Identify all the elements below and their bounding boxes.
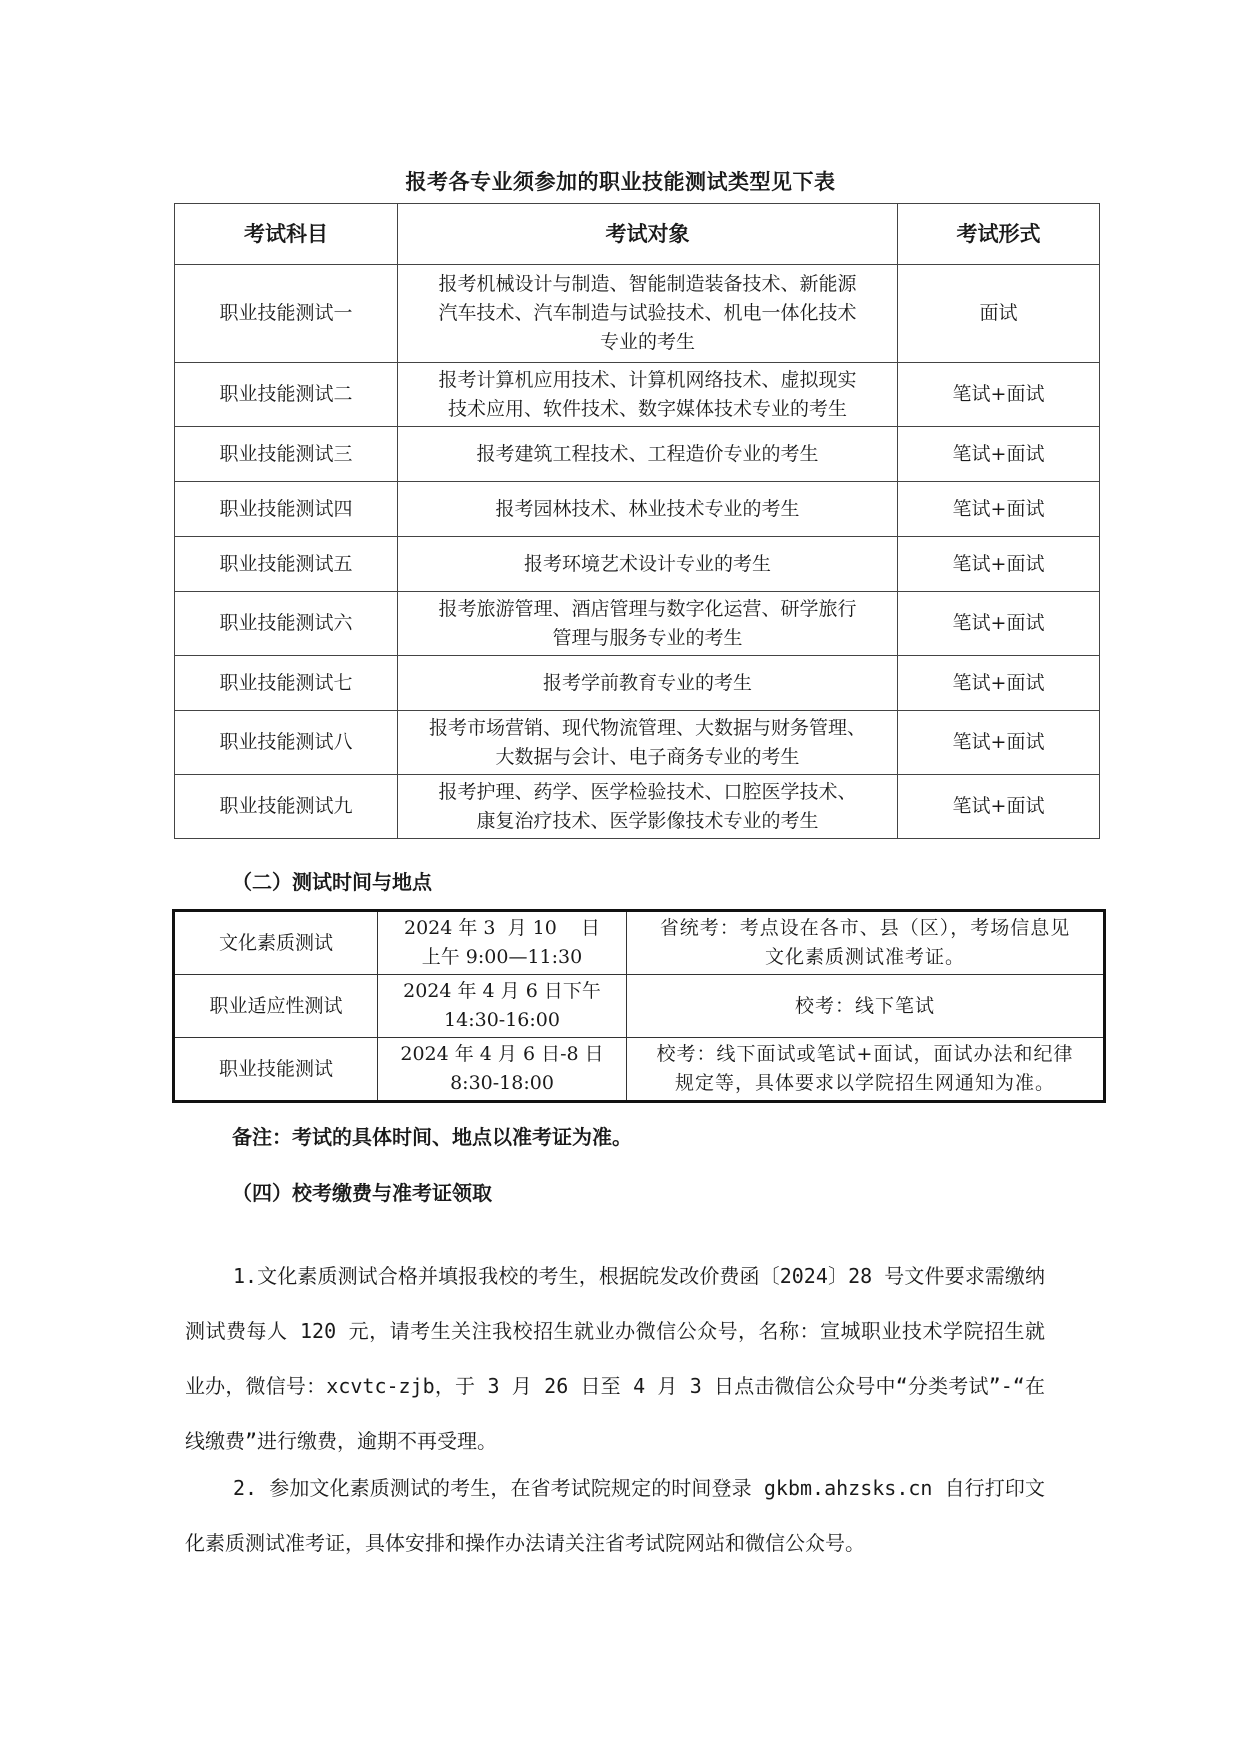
- target-cell: 报考护理、药学、医学检验技术、口腔医学技术、 康复治疗技术、医学影像技术专业的考…: [398, 775, 898, 839]
- table-row: 文化素质测试 2024 年 3 月 10 日 上午 9:00—11:30 省统考…: [174, 911, 1105, 975]
- form-cell: 笔试+面试: [898, 363, 1100, 427]
- form-cell: 面试: [898, 265, 1100, 363]
- section-heading-time-place: （二）测试时间与地点: [232, 868, 432, 896]
- test-name-cell: 职业适应性测试: [174, 975, 378, 1038]
- time-cell: 2024 年 4 月 6 日-8 日 8:30-18:00: [378, 1038, 627, 1102]
- subject-cell: 职业技能测试八: [175, 711, 398, 775]
- subject-cell: 职业技能测试二: [175, 363, 398, 427]
- target-line: 报考环境艺术设计专业的考生: [404, 550, 891, 579]
- time-line: 8:30-18:00: [386, 1069, 618, 1098]
- target-cell: 报考环境艺术设计专业的考生: [398, 537, 898, 592]
- subject-cell: 职业技能测试七: [175, 656, 398, 711]
- column-header-subject: 考试科目: [175, 204, 398, 265]
- time-line: 2024 年 4 月 6 日-8 日: [386, 1040, 618, 1069]
- target-line: 专业的考生: [404, 328, 891, 357]
- time-line: 14:30-16:00: [386, 1006, 618, 1035]
- target-line: 报考计算机应用技术、计算机网络技术、虚拟现实: [404, 366, 891, 395]
- table-row: 职业技能测试一 报考机械设计与制造、智能制造装备技术、新能源 汽车技术、汽车制造…: [175, 265, 1100, 363]
- test-name-cell: 文化素质测试: [174, 911, 378, 975]
- subject-cell: 职业技能测试一: [175, 265, 398, 363]
- form-cell: 笔试+面试: [898, 537, 1100, 592]
- target-line: 管理与服务专业的考生: [404, 624, 891, 653]
- target-line: 康复治疗技术、医学影像技术专业的考生: [404, 807, 891, 836]
- table-header-row: 考试科目 考试对象 考试形式: [175, 204, 1100, 265]
- subject-cell: 职业技能测试九: [175, 775, 398, 839]
- table-row: 职业技能测试五 报考环境艺术设计专业的考生 笔试+面试: [175, 537, 1100, 592]
- page-title: 报考各专业须参加的职业技能测试类型见下表: [0, 168, 1241, 196]
- time-line: 上午 9:00—11:30: [386, 943, 618, 972]
- target-line: 报考护理、药学、医学检验技术、口腔医学技术、: [404, 778, 891, 807]
- place-line: 文化素质测试准考证。: [637, 943, 1093, 972]
- place-line: 省统考：考点设在各市、县（区），考场信息见: [637, 914, 1093, 943]
- table-row: 职业技能测试三 报考建筑工程技术、工程造价专业的考生 笔试+面试: [175, 427, 1100, 482]
- target-line: 汽车技术、汽车制造与试验技术、机电一体化技术: [404, 299, 891, 328]
- place-cell: 校考：线下面试或笔试+面试，面试办法和纪律 规定等，具体要求以学院招生网通知为准…: [627, 1038, 1105, 1102]
- subject-cell: 职业技能测试六: [175, 592, 398, 656]
- subject-cell: 职业技能测试三: [175, 427, 398, 482]
- table-row: 职业技能测试二 报考计算机应用技术、计算机网络技术、虚拟现实 技术应用、软件技术…: [175, 363, 1100, 427]
- target-cell: 报考建筑工程技术、工程造价专业的考生: [398, 427, 898, 482]
- target-cell: 报考旅游管理、酒店管理与数字化运营、研学旅行 管理与服务专业的考生: [398, 592, 898, 656]
- time-cell: 2024 年 4 月 6 日下午 14:30-16:00: [378, 975, 627, 1038]
- schedule-table: 文化素质测试 2024 年 3 月 10 日 上午 9:00—11:30 省统考…: [172, 909, 1106, 1103]
- place-cell: 校考：线下笔试: [627, 975, 1105, 1038]
- target-cell: 报考园林技术、林业技术专业的考生: [398, 482, 898, 537]
- place-line: 校考：线下笔试: [637, 992, 1093, 1021]
- table-row: 职业技能测试 2024 年 4 月 6 日-8 日 8:30-18:00 校考：…: [174, 1038, 1105, 1102]
- time-line: 2024 年 3 月 10 日: [386, 914, 618, 943]
- form-cell: 笔试+面试: [898, 711, 1100, 775]
- form-cell: 笔试+面试: [898, 656, 1100, 711]
- table-row: 职业技能测试七 报考学前教育专业的考生 笔试+面试: [175, 656, 1100, 711]
- test-name-cell: 职业技能测试: [174, 1038, 378, 1102]
- form-cell: 笔试+面试: [898, 427, 1100, 482]
- target-cell: 报考学前教育专业的考生: [398, 656, 898, 711]
- table-row: 职业适应性测试 2024 年 4 月 6 日下午 14:30-16:00 校考：…: [174, 975, 1105, 1038]
- target-cell: 报考机械设计与制造、智能制造装备技术、新能源 汽车技术、汽车制造与试验技术、机电…: [398, 265, 898, 363]
- target-line: 报考旅游管理、酒店管理与数字化运营、研学旅行: [404, 595, 891, 624]
- table-row: 职业技能测试九 报考护理、药学、医学检验技术、口腔医学技术、 康复治疗技术、医学…: [175, 775, 1100, 839]
- target-line: 报考建筑工程技术、工程造价专业的考生: [404, 440, 891, 469]
- place-line: 规定等，具体要求以学院招生网通知为准。: [637, 1069, 1093, 1098]
- table-row: 职业技能测试四 报考园林技术、林业技术专业的考生 笔试+面试: [175, 482, 1100, 537]
- table-row: 职业技能测试六 报考旅游管理、酒店管理与数字化运营、研学旅行 管理与服务专业的考…: [175, 592, 1100, 656]
- form-cell: 笔试+面试: [898, 592, 1100, 656]
- place-cell: 省统考：考点设在各市、县（区），考场信息见 文化素质测试准考证。: [627, 911, 1105, 975]
- target-line: 技术应用、软件技术、数字媒体技术专业的考生: [404, 395, 891, 424]
- time-line: 2024 年 4 月 6 日下午: [386, 977, 618, 1006]
- target-line: 大数据与会计、电子商务专业的考生: [404, 743, 891, 772]
- skills-test-table: 考试科目 考试对象 考试形式 职业技能测试一 报考机械设计与制造、智能制造装备技…: [174, 203, 1100, 839]
- place-line: 校考：线下面试或笔试+面试，面试办法和纪律: [637, 1040, 1093, 1069]
- subject-cell: 职业技能测试五: [175, 537, 398, 592]
- note-text: 备注：考试的具体时间、地点以准考证为准。: [232, 1123, 632, 1151]
- section-heading-fee: （四）校考缴费与准考证领取: [232, 1179, 492, 1207]
- target-line: 报考园林技术、林业技术专业的考生: [404, 495, 891, 524]
- table-row: 职业技能测试八 报考市场营销、现代物流管理、大数据与财务管理、 大数据与会计、电…: [175, 711, 1100, 775]
- column-header-target: 考试对象: [398, 204, 898, 265]
- target-line: 报考学前教育专业的考生: [404, 669, 891, 698]
- subject-cell: 职业技能测试四: [175, 482, 398, 537]
- target-line: 报考市场营销、现代物流管理、大数据与财务管理、: [404, 714, 891, 743]
- column-header-form: 考试形式: [898, 204, 1100, 265]
- target-line: 报考机械设计与制造、智能制造装备技术、新能源: [404, 270, 891, 299]
- paragraph-fee-payment: 1.文化素质测试合格并填报我校的考生，根据皖发改价费函〔2024〕28 号文件要…: [185, 1249, 1045, 1469]
- target-cell: 报考计算机应用技术、计算机网络技术、虚拟现实 技术应用、软件技术、数字媒体技术专…: [398, 363, 898, 427]
- form-cell: 笔试+面试: [898, 482, 1100, 537]
- form-cell: 笔试+面试: [898, 775, 1100, 839]
- target-cell: 报考市场营销、现代物流管理、大数据与财务管理、 大数据与会计、电子商务专业的考生: [398, 711, 898, 775]
- time-cell: 2024 年 3 月 10 日 上午 9:00—11:30: [378, 911, 627, 975]
- paragraph-admission-ticket: 2. 参加文化素质测试的考生，在省考试院规定的时间登录 gkbm.ahzsks.…: [185, 1461, 1045, 1571]
